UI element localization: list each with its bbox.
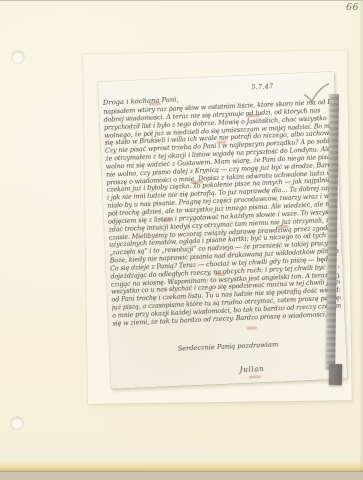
red-pencil-mark xyxy=(247,326,257,329)
letter-signature: Julian xyxy=(239,364,264,374)
red-pencil-mark xyxy=(149,102,161,105)
red-pencil-mark xyxy=(217,140,227,143)
hole-punch-bottom xyxy=(11,417,23,429)
hole-punch-top xyxy=(12,51,24,63)
letter-closing: Serdecznie Panią pozdrawiam xyxy=(178,340,279,352)
red-pencil-mark xyxy=(162,219,171,222)
letter-date: 5.7.47 xyxy=(251,83,273,91)
letter-sheet: 5.7.47 Droga i kochana Pani, napisałem w… xyxy=(98,72,347,389)
red-pencil-mark xyxy=(249,375,261,378)
letter-edge-strip-foot xyxy=(329,364,342,385)
red-pencil-mark xyxy=(214,273,225,276)
red-pencil-mark xyxy=(276,225,288,228)
letter-body: napisałem wtóry raz parę słów w ostatnim… xyxy=(103,99,341,328)
album-page-number: 66 xyxy=(346,2,359,13)
